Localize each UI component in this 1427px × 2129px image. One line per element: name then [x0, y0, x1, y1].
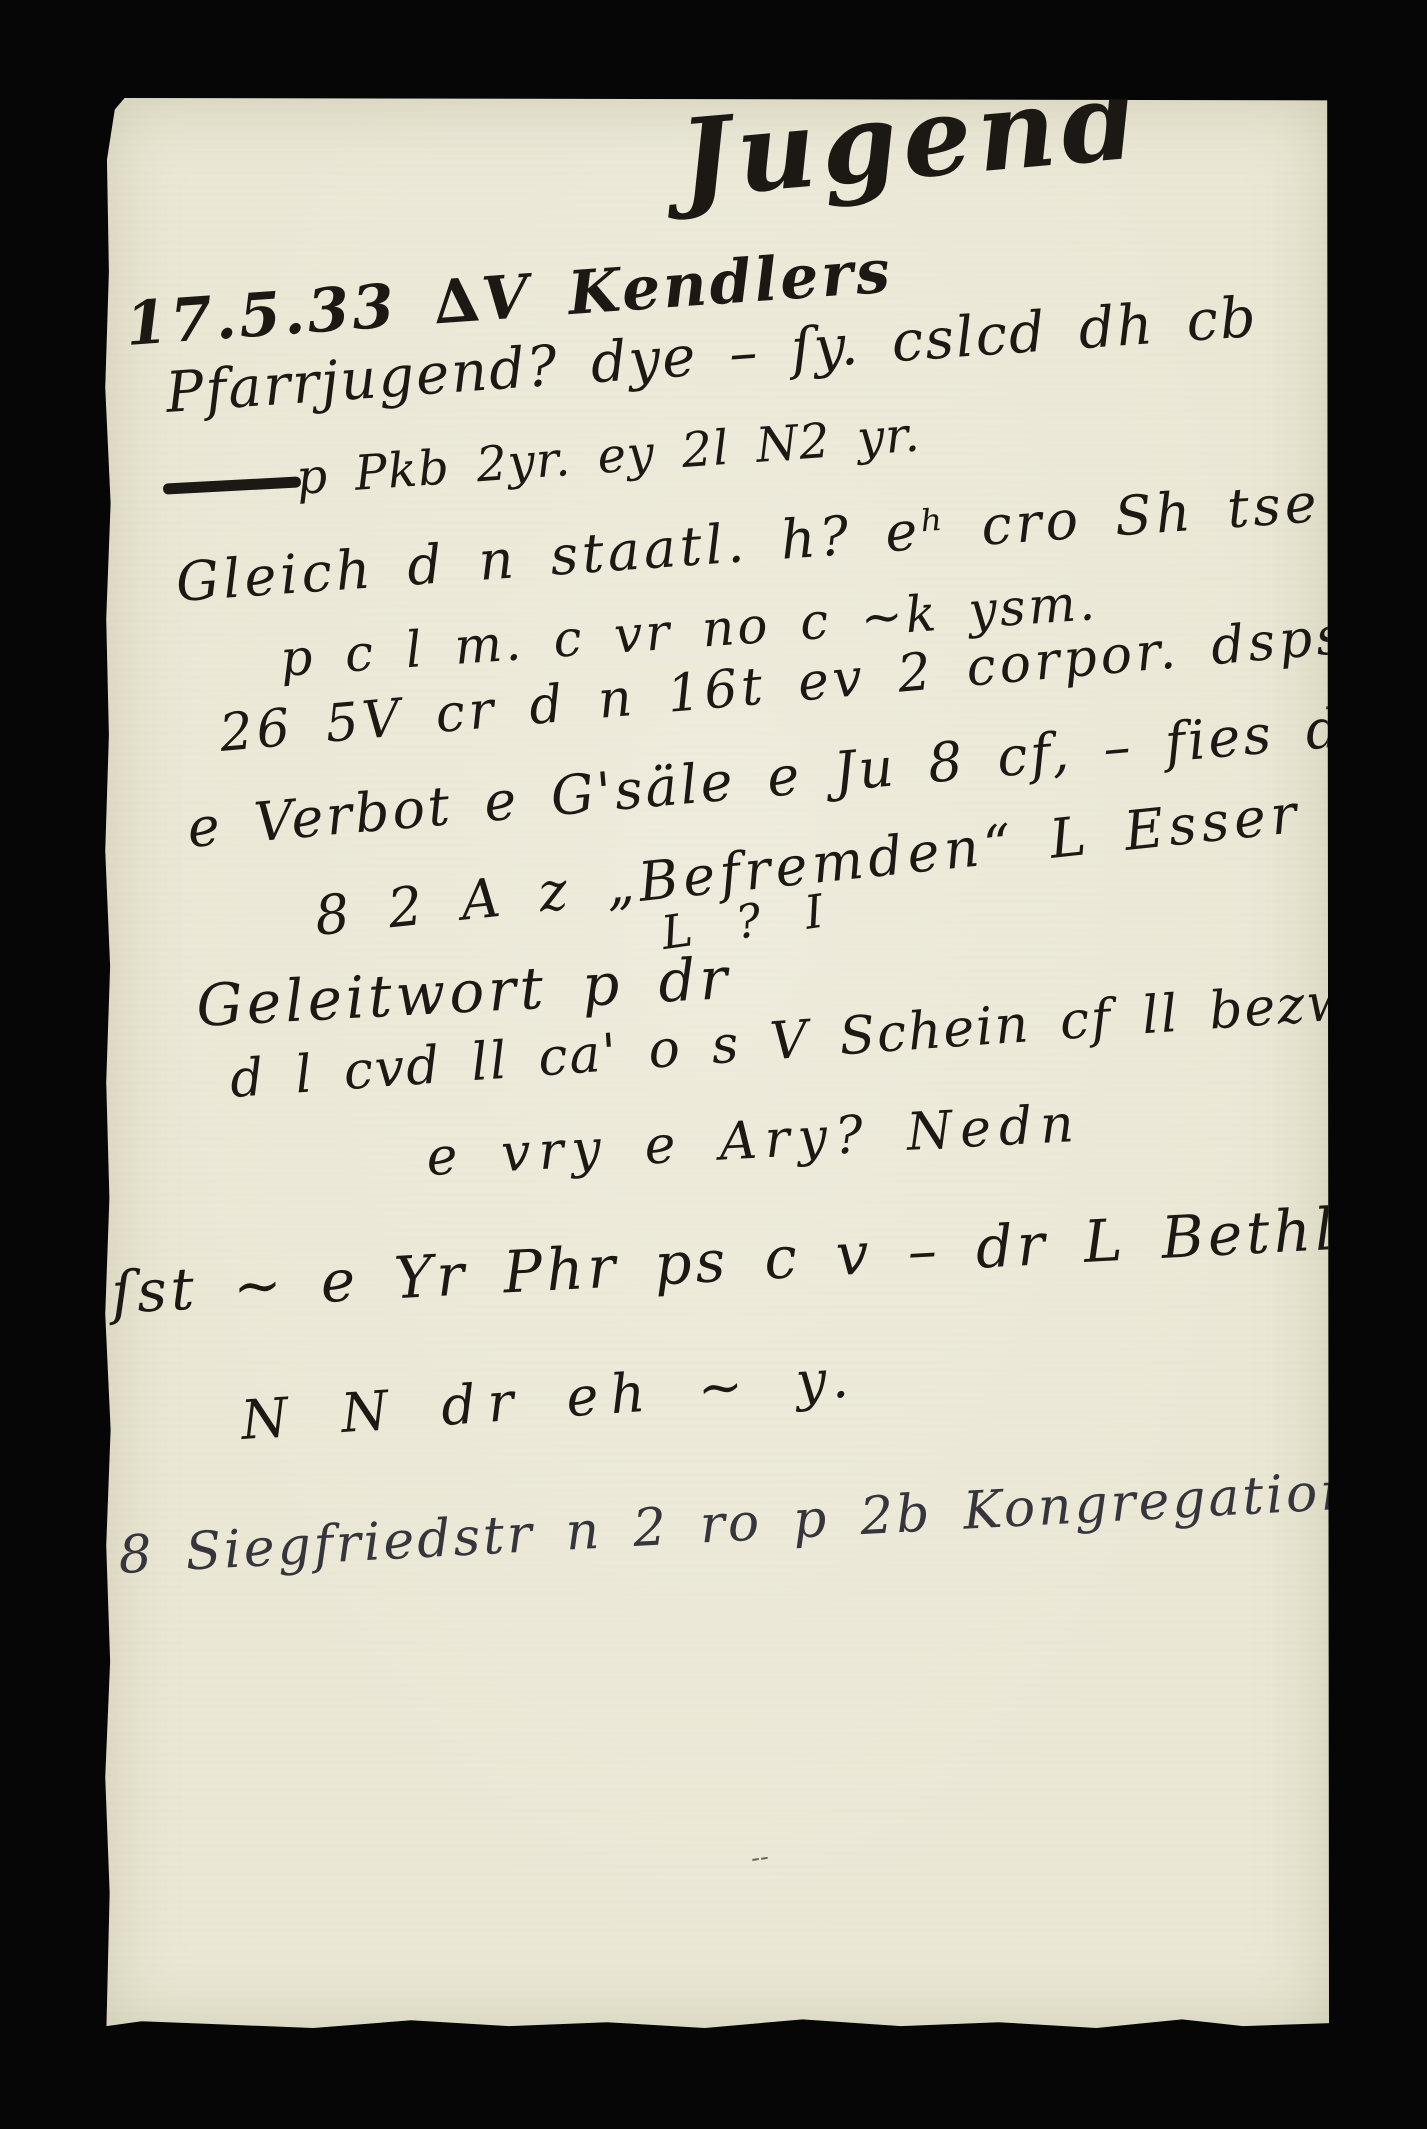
handwriting-line-kongregation: 8 Siegfriedstr n 2 ro p 2b Kongregation [117, 1465, 1358, 1582]
handwriting-line-shorthand-3: N N dr eh ~ y. [239, 1351, 862, 1448]
handwriting-line-nedn: e vry e Ary? Nedn [425, 1098, 1083, 1184]
handwriting-line-shorthand-1: p Pkb 2yr. ey 2l N2 yr. [295, 410, 922, 502]
page-title-jugend: Jugend [676, 66, 1148, 214]
tiny-pencil-mark: -- [749, 1844, 770, 1872]
notepaper-page: Jugend 17.5.33 ∆V Kendlers Pfarrjugend? … [105, 98, 1329, 2028]
handwriting-line-bethl: ſst ~ e Yr Phr ps c v – dr L Bethl. [110, 1199, 1361, 1322]
scan-background: Jugend 17.5.33 ∆V Kendlers Pfarrjugend? … [0, 0, 1427, 2129]
underline-stroke [163, 476, 301, 494]
